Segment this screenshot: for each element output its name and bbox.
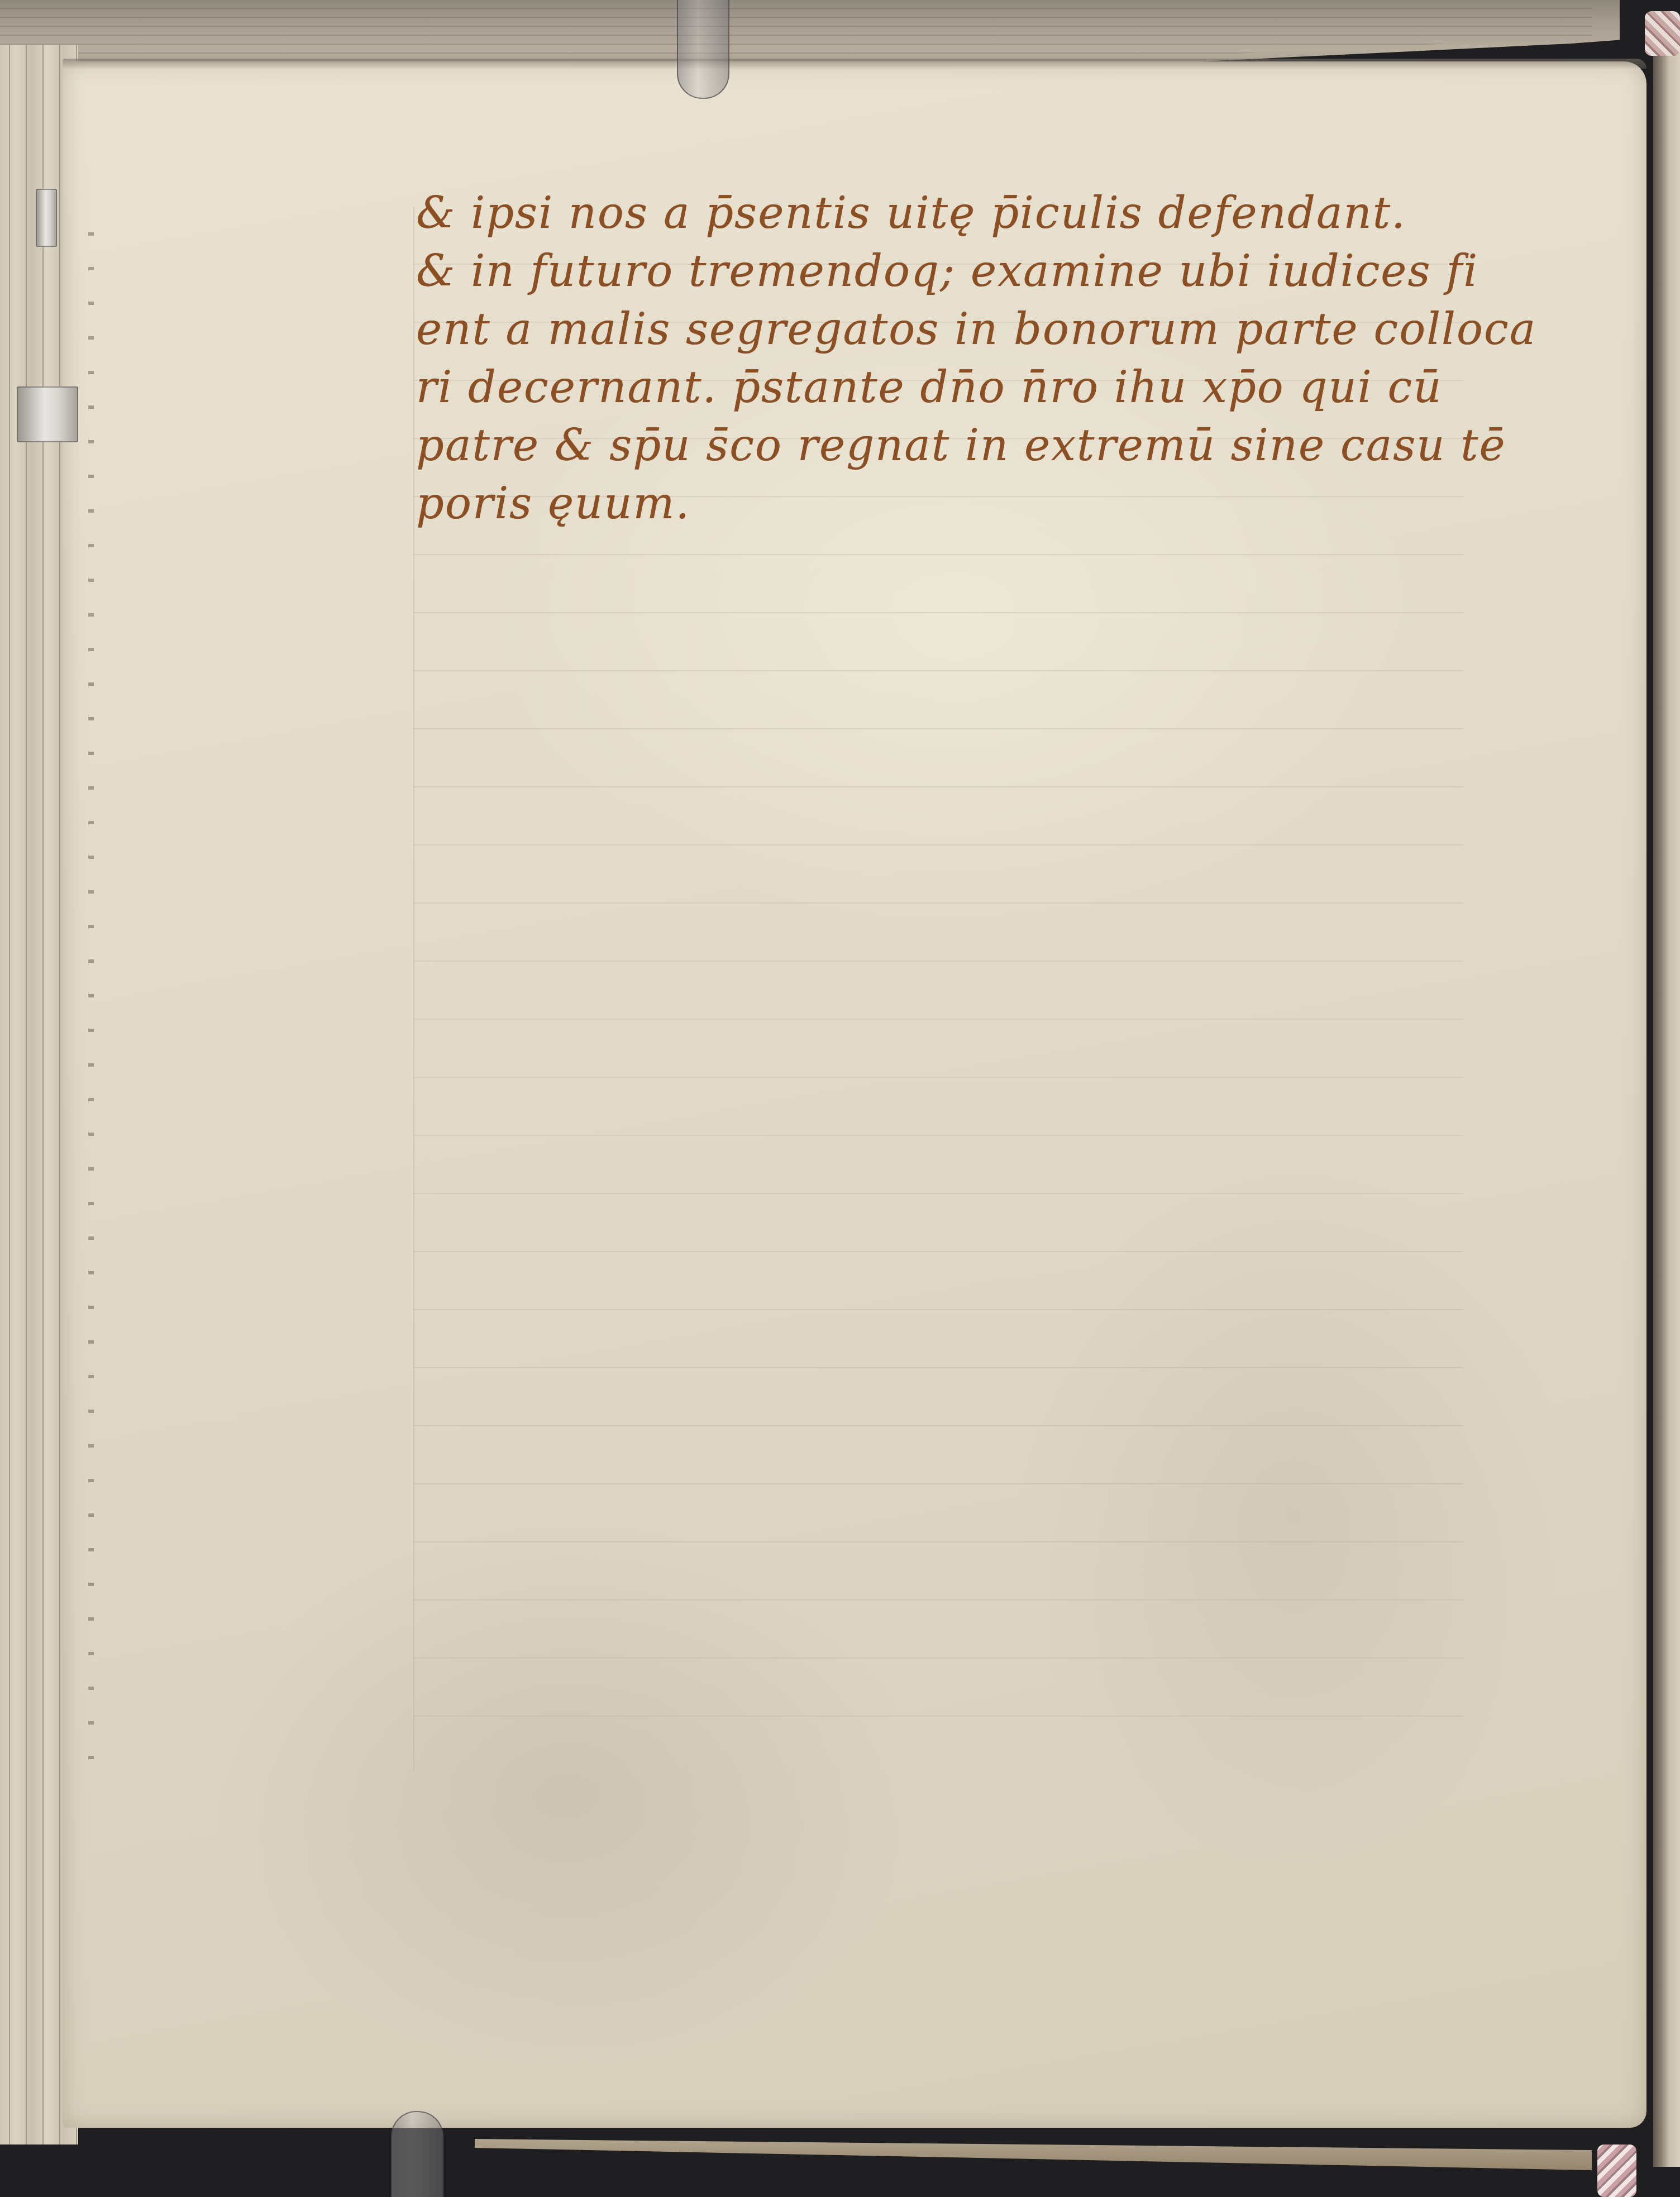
book-top-edge-lines: [0, 0, 1592, 67]
plastic-clip-bottom-icon: [391, 2111, 443, 2197]
page-ruling-margin: [413, 207, 414, 1770]
text-line-6: poris ęuum.: [416, 475, 1477, 533]
metal-tab-lower-icon: [17, 386, 78, 442]
text-line-2: & in futuro tremendoq; examine ubi iudic…: [416, 242, 1477, 300]
page-top-border: [63, 59, 1646, 69]
text-line-4: ri decernant. p̄stante dn̄o n̄ro ihu xp̄…: [416, 359, 1477, 417]
pricking-marks: [88, 201, 94, 1765]
text-line-5: patre & sp̄u s̄co regnat in extremū sine…: [416, 417, 1477, 475]
binding-gutter: [1653, 34, 1680, 2167]
text-line-3: ent a malis segregatos in bonorum parte …: [416, 300, 1477, 359]
book-bottom-edge: [475, 2139, 1592, 2184]
metal-tab-upper-icon: [36, 189, 57, 247]
plastic-clip-top-icon: [677, 0, 729, 99]
binding-thread-bottom-icon: [1597, 2145, 1636, 2197]
text-line-1: & ipsi nos a p̄sentis uitę p̄iculis defe…: [416, 184, 1477, 242]
manuscript-text-block: & ipsi nos a p̄sentis uitę p̄iculis defe…: [416, 184, 1477, 533]
photo-background: & ipsi nos a p̄sentis uitę p̄iculis defe…: [0, 0, 1680, 2197]
binding-thread-top-icon: [1645, 11, 1680, 56]
